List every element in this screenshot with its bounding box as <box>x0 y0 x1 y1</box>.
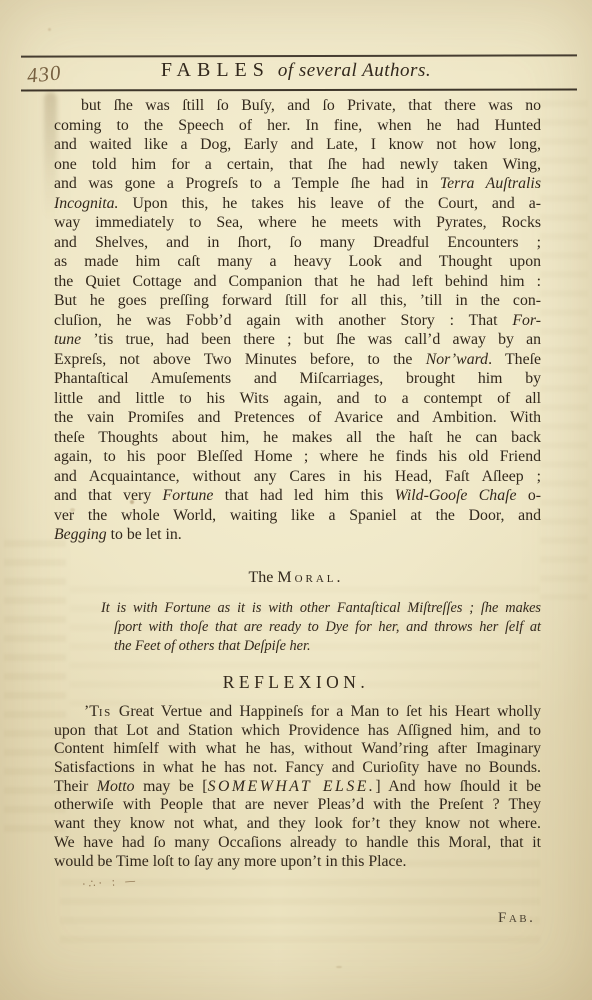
header-rule-bottom <box>21 89 577 92</box>
text-line: want they know not what, and they look f… <box>54 815 541 834</box>
text-line: We have had ſo many Occaſions already to… <box>54 834 541 853</box>
text-line: cluſion, he was Fobb’d again with anothe… <box>54 311 541 331</box>
text-line: Content himſelf with what he has, withou… <box>54 740 541 759</box>
catchword: Fab. <box>498 910 535 927</box>
text-line: ver the whole World, waiting like a Span… <box>54 506 541 526</box>
book-page: 430 FABLES of several Authors. but ſhe w… <box>0 0 592 1000</box>
text-line: Expreſs, not above Two Minutes before, t… <box>54 350 541 370</box>
text-line: Satisfactions in what he has not. Fancy … <box>54 759 541 778</box>
text-line: ’Tis Great Vertue and Happineſs for a Ma… <box>54 703 541 722</box>
text-line: But he goes preſſing forward ſtill for a… <box>54 291 541 311</box>
bleed-through-right-margin <box>540 100 588 600</box>
text-line: Their Motto may be [SOMEWHAT ELSE.] And … <box>54 778 541 797</box>
running-title: FABLES <box>161 59 270 81</box>
text-line: again, to his poor Bleſſed Home ; where … <box>54 447 541 467</box>
text-line: tune ’tis true, had been there ; but ſhe… <box>54 330 541 350</box>
text-line: would be Time loſt to ſay any more upon’… <box>54 853 541 872</box>
text-line: way immediately to Sea, where he meets w… <box>54 213 541 233</box>
text-line: and was gone a Progreſs to a Temple ſhe … <box>54 174 541 194</box>
text-line: otherwiſe with People that are never Ple… <box>54 796 541 815</box>
text-line: but ſhe was ſtill ſo Buſy, and ſo Privat… <box>54 96 541 116</box>
text-line: and Shelves, and in ſhort, ſo many Dread… <box>54 233 541 253</box>
text-line: the vain Promiſes and Pretences of Avari… <box>54 408 541 428</box>
text-line: Incognita. Upon this, he takes his leave… <box>54 194 541 214</box>
text-line: theſe Thoughts about him, he makes all t… <box>54 428 541 448</box>
header-rule-top <box>21 54 577 57</box>
fable-body-text: but ſhe was ſtill ſo Buſy, and ſo Privat… <box>54 96 541 545</box>
text-line: ſport with thoſe that are ready to Dye f… <box>101 618 541 637</box>
text-line: upon that Lot and Station which Providen… <box>54 722 541 741</box>
paper-speck <box>336 966 342 968</box>
moral-text: It is with Fortune as it is with other F… <box>101 599 541 656</box>
running-header: FABLES of several Authors. <box>0 59 592 82</box>
reflexion-heading: REFLEXION. <box>0 672 592 693</box>
text-line: and that very Fortune that had led him t… <box>54 486 541 506</box>
text-line: and Acquaintance, without any Cares in h… <box>54 467 541 487</box>
reflexion-text: ’Tis Great Vertue and Happineſs for a Ma… <box>54 703 541 871</box>
text-line: little and little to his Wits again, and… <box>54 389 541 409</box>
moral-heading: The Moral. <box>0 569 592 587</box>
text-line: Begging to be let in. <box>54 525 541 545</box>
paper-speck <box>48 28 51 31</box>
running-subtitle: of several Authors. <box>278 60 431 81</box>
text-line: one told him for a certain, that ſhe had… <box>54 155 541 175</box>
text-line: the Feet of others that Deſpiſe her. <box>101 637 541 656</box>
text-line: coming to the Speech of her. In fine, wh… <box>54 116 541 136</box>
text-line: It is with Fortune as it is with other F… <box>101 599 541 618</box>
handwritten-ink-mark: ·∴· : — <box>82 874 139 891</box>
text-line: as made him caſt many a heavy Look and T… <box>54 252 541 272</box>
text-line: and waited like a Dog, Early and Late, I… <box>54 135 541 155</box>
text-line: Phantaſtical Amuſements and Miſcarriages… <box>54 369 541 389</box>
text-line: the Quiet Cottage and Companion that he … <box>54 272 541 292</box>
